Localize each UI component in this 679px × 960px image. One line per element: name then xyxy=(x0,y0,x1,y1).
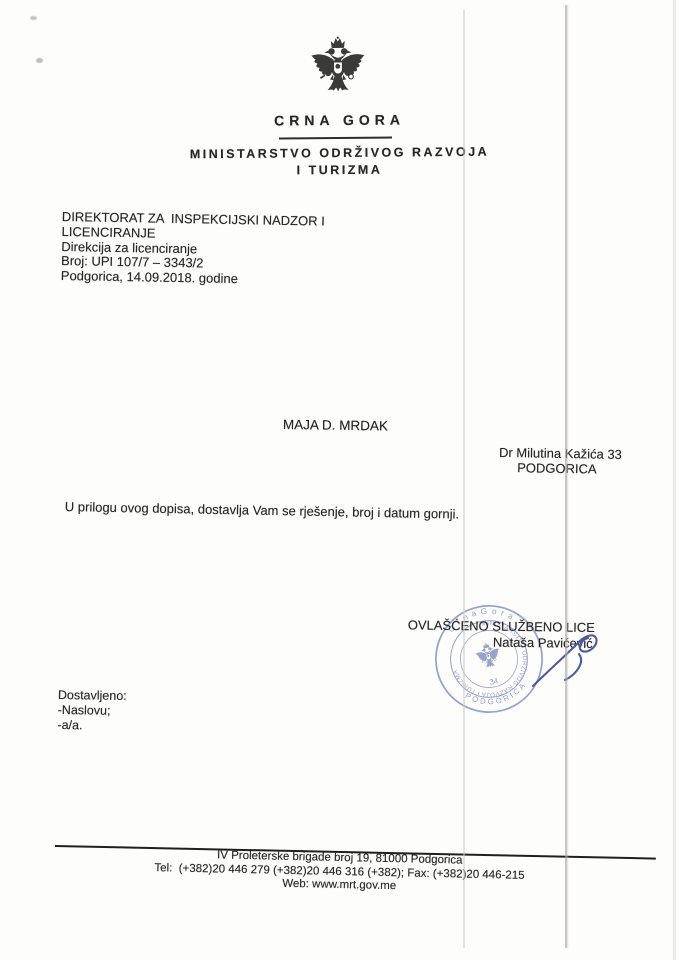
scan-edge-shadow xyxy=(673,0,676,960)
recipient-name: MAJA D. MRDAK xyxy=(283,417,388,433)
scan-speck xyxy=(30,16,37,20)
stamp-number: 34 xyxy=(489,676,500,687)
footer-block: IV Proleterske brigade broj 19, 81000 Po… xyxy=(0,845,679,900)
recipient-city: PODGORICA xyxy=(402,458,597,476)
ministry-name-line1: MINISTARSTVO ODRŽIVOG RAZVOJA xyxy=(0,143,679,163)
scan-crease-line xyxy=(463,10,465,948)
body-paragraph: U prilogu ovog dopisa, dostavlja Vam se … xyxy=(65,499,545,523)
sender-block: DIREKTORAT ZA INSPEKCIJSKI NADZOR I LICE… xyxy=(61,210,392,290)
recipient-address: Dr Milutina Kažića 33 PODGORICA xyxy=(402,443,622,477)
ministry-name-line2: I TURIZMA xyxy=(0,161,679,180)
distribution-block: Dostavljeno: -Naslovu; -a/a. xyxy=(57,688,126,734)
distribution-item: -Naslovu; xyxy=(58,703,127,719)
country-name: CRNA GORA xyxy=(0,110,679,131)
scan-crease-line xyxy=(565,5,567,948)
signature-scribble-icon xyxy=(525,626,613,692)
scanned-letter-page: CRNA GORA MINISTARSTVO ODRŽIVOG RAZVOJA … xyxy=(0,0,679,960)
distribution-label: Dostavljeno: xyxy=(58,688,127,704)
montenegro-coat-of-arms-icon xyxy=(303,34,374,108)
header-divider xyxy=(279,137,392,140)
scan-speck xyxy=(36,58,43,63)
distribution-item: -a/a. xyxy=(57,718,126,734)
